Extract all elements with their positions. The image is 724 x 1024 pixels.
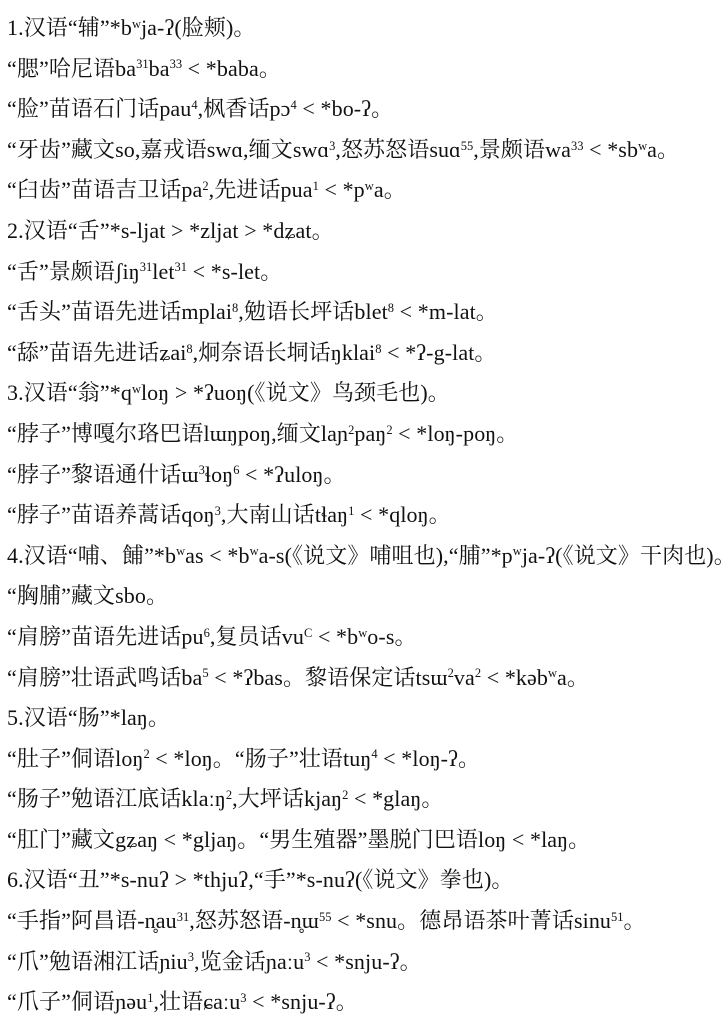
text-run: < *s-let。 xyxy=(187,259,282,284)
text-run: ,勉语长坪话blet xyxy=(238,299,388,324)
text-run: “肚子”侗语loŋ xyxy=(7,746,143,771)
document-page: 1.汉语“辅”*bwja-ʔ(脸颊)。“腮”哈尼语ba31ba33 < *bab… xyxy=(0,0,724,1024)
text-run: a。 xyxy=(557,665,589,690)
superscript-run: 1 xyxy=(348,504,354,518)
text-line: “腮”哈尼语ba31ba33 < *baba。 xyxy=(7,49,720,90)
text-run: “脸”苗语石门话pau xyxy=(7,96,191,121)
superscript-run: w xyxy=(176,544,185,558)
text-line: “肠子”勉语江底话klaːŋ2,大坪话kjaŋ2 < *glaŋ。 xyxy=(7,779,720,820)
superscript-run: w xyxy=(250,544,259,558)
superscript-run: 55 xyxy=(461,139,474,153)
text-line: 2.汉语“舌”*s-ljat > *zljat > *dʑat。 xyxy=(7,211,720,252)
superscript-run: 3 xyxy=(329,139,335,153)
text-line: “胸脯”藏文sbo。 xyxy=(7,576,720,617)
text-run: < *baba。 xyxy=(182,56,281,81)
superscript-run: 1 xyxy=(147,991,153,1005)
text-run: “爪子”侗语ɲəu xyxy=(7,989,147,1014)
text-run: ,览金话ɲaːu xyxy=(194,949,304,974)
text-run: “牙齿”藏文so,嘉戎语swɑ,缅文swɑ xyxy=(7,137,329,162)
text-run: < *loŋ。“肠子”壮语tuŋ xyxy=(150,746,372,771)
text-run: ,先进话pua xyxy=(209,177,313,202)
superscript-run: 51 xyxy=(611,910,624,924)
text-run: 1.汉语“辅”*b xyxy=(7,15,132,40)
text-run: < *glaŋ。 xyxy=(348,786,443,811)
text-run: < *kəb xyxy=(481,665,548,690)
text-line: 3.汉语“翁”*qwloŋ > *ʔuoŋ(《说文》鸟颈毛也)。 xyxy=(7,373,720,414)
text-run: “爪”勉语湘江话ɲiu xyxy=(7,949,188,974)
superscript-run: 3 xyxy=(240,991,246,1005)
superscript-run: w xyxy=(638,139,647,153)
text-run: o-s。 xyxy=(367,624,416,649)
superscript-run: 2 xyxy=(348,423,354,437)
text-run: loŋ > *ʔuoŋ(《说文》鸟颈毛也)。 xyxy=(141,380,450,405)
text-line: “脖子”博嘎尔珞巴语lɯŋpoŋ,缅文laɲ2paŋ2 < *loŋ-poŋ。 xyxy=(7,414,720,455)
superscript-run: 33 xyxy=(170,57,183,71)
superscript-run: w xyxy=(132,382,141,396)
text-line: “肛门”藏文gʑaŋ < *gljaŋ。“男生殖器”墨脱门巴语loŋ < *la… xyxy=(7,820,720,861)
superscript-run: 2 xyxy=(386,423,392,437)
superscript-run: 4 xyxy=(291,98,297,112)
text-run: “脖子”博嘎尔珞巴语lɯŋpoŋ,缅文laɲ xyxy=(7,421,348,446)
text-run: let xyxy=(152,259,174,284)
superscript-run: 8 xyxy=(186,342,192,356)
superscript-run: 2 xyxy=(143,747,149,761)
superscript-run: 2 xyxy=(448,666,454,680)
superscript-run: 3 xyxy=(304,950,310,964)
text-line: “牙齿”藏文so,嘉戎语swɑ,缅文swɑ3,怒苏怒语suɑ55,景颇语wa33… xyxy=(7,130,720,171)
superscript-run: 6 xyxy=(204,626,210,640)
text-run: “手指”阿昌语-n̥au xyxy=(7,908,177,933)
text-run: ,怒苏怒语-n̥ɯ xyxy=(189,908,319,933)
text-run: 2.汉语“舌”*s-ljat > *zljat > *dʑat。 xyxy=(7,218,334,243)
superscript-run: 4 xyxy=(191,98,197,112)
superscript-run: 2 xyxy=(342,788,348,802)
text-run: “肛门”藏文gʑaŋ < *gljaŋ。“男生殖器”墨脱门巴语loŋ < *la… xyxy=(7,827,590,852)
superscript-run: 3 xyxy=(215,504,221,518)
text-run: < *snju-ʔ。 xyxy=(310,949,421,974)
text-run: 6.汉语“丑”*s-nuʔ > *thjuʔ,“手”*s-nuʔ(《说文》拳也)… xyxy=(7,867,514,892)
superscript-run: w xyxy=(365,179,374,193)
text-run: < *p xyxy=(319,177,365,202)
text-run: “舌头”苗语先进话mplai xyxy=(7,299,232,324)
superscript-run: w xyxy=(358,626,367,640)
text-line: “脖子”黎语通什话ɯ3ɬoŋ6 < *ʔuloŋ。 xyxy=(7,455,720,496)
text-run: ja-ʔ(《说文》干肉也)。 xyxy=(522,543,724,568)
text-run: < *qloŋ。 xyxy=(354,502,450,527)
text-line: “爪”勉语湘江话ɲiu3,览金话ɲaːu3 < *snju-ʔ。 xyxy=(7,942,720,983)
text-line: “舔”苗语先进话ʑai8,炯奈语长垌话ŋklai8 < *ʔ-g-lat。 xyxy=(7,333,720,374)
superscript-run: 8 xyxy=(388,301,394,315)
text-run: “脖子”黎语通什话ɯ xyxy=(7,462,199,487)
text-run: < *loŋ-ʔ。 xyxy=(378,746,481,771)
text-run: va xyxy=(454,665,475,690)
superscript-run: 2 xyxy=(202,179,208,193)
text-run: a。 xyxy=(374,177,406,202)
text-run: ɬoŋ xyxy=(205,462,233,487)
text-run: < *m-lat。 xyxy=(394,299,498,324)
text-line: “臼齿”苗语吉卫话pa2,先进话pua1 < *pwa。 xyxy=(7,170,720,211)
superscript-run: 2 xyxy=(226,788,232,802)
text-run: “肠子”勉语江底话klaːŋ xyxy=(7,786,226,811)
text-run: ba xyxy=(149,56,170,81)
text-line: “舌”景颇语ʃiŋ31let31 < *s-let。 xyxy=(7,252,720,293)
text-run: ,大坪话kjaŋ xyxy=(232,786,342,811)
text-run: paŋ xyxy=(354,421,386,446)
text-line: “脖子”苗语养蒿话qoŋ3,大南山话tɬaŋ1 < *qloŋ。 xyxy=(7,495,720,536)
superscript-run: 5 xyxy=(202,666,208,680)
text-run: < *loŋ-poŋ。 xyxy=(393,421,519,446)
text-run: “肩膀”苗语先进话pu xyxy=(7,624,204,649)
text-line: “肚子”侗语loŋ2 < *loŋ。“肠子”壮语tuŋ4 < *loŋ-ʔ。 xyxy=(7,739,720,780)
superscript-run: 3 xyxy=(188,950,194,964)
text-run: “腮”哈尼语ba xyxy=(7,56,136,81)
superscript-run: 4 xyxy=(371,747,377,761)
text-line: “肩膀”苗语先进话pu6,复员话vuC < *bwo-s。 xyxy=(7,617,720,658)
text-line: “脸”苗语石门话pau4,枫香话pɔ4 < *bo-ʔ。 xyxy=(7,89,720,130)
text-run: ,景颇语wa xyxy=(473,137,571,162)
text-run: ,怒苏怒语suɑ xyxy=(335,137,460,162)
text-run: as < *b xyxy=(185,543,249,568)
text-line: “肩膀”壮语武鸣话ba5 < *ʔbas。黎语保定话tsɯ2va2 < *kəb… xyxy=(7,658,720,699)
document-body: 1.汉语“辅”*bwja-ʔ(脸颊)。“腮”哈尼语ba31ba33 < *bab… xyxy=(7,8,720,1023)
text-run: < *ʔuloŋ。 xyxy=(239,462,345,487)
text-run: < *ʔ-g-lat。 xyxy=(382,340,497,365)
text-run: “肩膀”壮语武鸣话ba xyxy=(7,665,202,690)
superscript-run: C xyxy=(304,626,312,640)
superscript-run: 8 xyxy=(232,301,238,315)
superscript-run: 31 xyxy=(136,57,149,71)
superscript-run: 8 xyxy=(375,342,381,356)
text-run: ,壮语ɕaːu xyxy=(153,989,240,1014)
superscript-run: 31 xyxy=(177,910,190,924)
superscript-run: 1 xyxy=(313,179,319,193)
text-run: “胸脯”藏文sbo。 xyxy=(7,583,168,608)
superscript-run: w xyxy=(513,544,522,558)
superscript-run: 31 xyxy=(175,260,188,274)
text-run: a。 xyxy=(647,137,679,162)
text-run: < *bo-ʔ。 xyxy=(297,96,393,121)
text-run: ,大南山话tɬaŋ xyxy=(221,502,348,527)
text-run: 。 xyxy=(624,908,646,933)
superscript-run: 31 xyxy=(140,260,153,274)
text-line: 5.汉语“肠”*laŋ。 xyxy=(7,698,720,739)
text-run: a-s(《说文》哺咀也),“脯”*p xyxy=(259,543,513,568)
text-run: < *snju-ʔ。 xyxy=(247,989,358,1014)
text-run: ,炯奈语长垌话ŋklai xyxy=(193,340,376,365)
text-run: < *sb xyxy=(584,137,639,162)
text-run: “舔”苗语先进话ʑai xyxy=(7,340,186,365)
text-run: “舌”景颇语ʃiŋ xyxy=(7,259,140,284)
text-line: 1.汉语“辅”*bwja-ʔ(脸颊)。 xyxy=(7,8,720,49)
text-run: “臼齿”苗语吉卫话pa xyxy=(7,177,202,202)
text-line: 6.汉语“丑”*s-nuʔ > *thjuʔ,“手”*s-nuʔ(《说文》拳也)… xyxy=(7,860,720,901)
text-run: < *b xyxy=(312,624,358,649)
superscript-run: 3 xyxy=(199,463,205,477)
text-run: 4.汉语“哺、餔”*b xyxy=(7,543,176,568)
superscript-run: 55 xyxy=(319,910,332,924)
text-run: ,复员话vu xyxy=(210,624,304,649)
text-run: “脖子”苗语养蒿话qoŋ xyxy=(7,502,215,527)
text-run: < *ʔbas。黎语保定话tsɯ xyxy=(209,665,448,690)
superscript-run: 2 xyxy=(475,666,481,680)
text-run: ,枫香话pɔ xyxy=(198,96,291,121)
superscript-run: w xyxy=(548,666,557,680)
text-run: ja-ʔ(脸颊)。 xyxy=(141,15,256,40)
text-line: “爪子”侗语ɲəu1,壮语ɕaːu3 < *snju-ʔ。 xyxy=(7,982,720,1023)
text-run: 3.汉语“翁”*q xyxy=(7,380,132,405)
text-line: “手指”阿昌语-n̥au31,怒苏怒语-n̥ɯ55 < *snu。德昂语茶叶菁话… xyxy=(7,901,720,942)
text-run: 5.汉语“肠”*laŋ。 xyxy=(7,705,170,730)
text-line: “舌头”苗语先进话mplai8,勉语长坪话blet8 < *m-lat。 xyxy=(7,292,720,333)
text-run: < *snu。德昂语茶叶菁话sinu xyxy=(331,908,611,933)
superscript-run: w xyxy=(132,17,141,31)
superscript-run: 33 xyxy=(571,139,584,153)
superscript-run: 6 xyxy=(233,463,239,477)
text-line: 4.汉语“哺、餔”*bwas < *bwa-s(《说文》哺咀也),“脯”*pwj… xyxy=(7,536,720,577)
